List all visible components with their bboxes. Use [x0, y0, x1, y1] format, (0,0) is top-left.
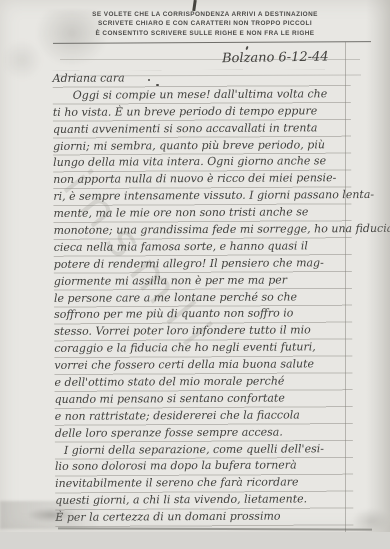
stamp-line-2: SCRIVETE CHIARO E CON CARATTERI NON TROP…: [40, 19, 370, 28]
handwriting-line: delle loro speranze fosse sempre accesa.: [55, 424, 353, 443]
handwriting-line: quando mi pensano si sentano confortate: [55, 390, 353, 409]
stamp-divider-line: [53, 41, 371, 44]
handwriting-line: le persone care a me lontane perché so c…: [54, 289, 352, 308]
handwriting-line: quanti avvenimenti si sono accavallati i…: [53, 120, 351, 139]
stamp-line-1: SE VOLETE CHE LA CORRISPONDENZA ARRIVI A…: [40, 10, 370, 19]
right-margin-rule: [345, 42, 346, 532]
handwriting-line: giormente mi assilla non è per me ma per: [54, 272, 352, 291]
handwriting-line: stesso. Vorrei poter loro infondere tutt…: [54, 322, 352, 341]
handwriting-line: soffrono per me più di quanto non soffro…: [54, 306, 352, 325]
ink-speck: [245, 46, 248, 50]
handwriting-line: ti ho vista. È un breve periodo di tempo…: [53, 103, 351, 122]
handwriting-line: inevitabilmente il sereno che farà ricor…: [55, 474, 353, 493]
handwriting-line: Oggi si compie un mese! dall'ultima volt…: [53, 86, 351, 105]
handwriting-line: I giorni della separazione, come quelli …: [55, 441, 353, 460]
handwriting-line: mente, ma le mie ore non sono tristi anc…: [53, 204, 351, 223]
scan-smudge-top-left-2: [2, 40, 42, 80]
handwriting-line: monotone; una grandissima fede mi sorreg…: [54, 221, 352, 240]
handwriting-line: ri, è sempre intensamente vissuto. I gio…: [53, 187, 351, 206]
censorship-stamp: SE VOLETE CHE LA CORRISPONDENZA ARRIVI A…: [40, 10, 370, 38]
handwriting-line: questi giorni, a chi li sta vivendo, lie…: [55, 491, 353, 510]
ink-speck: [156, 84, 159, 86]
handwriting-line: non apporta nulla di nuovo è ricco dei m…: [53, 170, 351, 189]
stamp-line-3: È CONSENTITO SCRIVERE SULLE RIGHE E NON …: [40, 29, 370, 38]
scanned-letter-page: SE VOLETE CHE LA CORRISPONDENZA ARRIVI A…: [0, 0, 390, 532]
handwriting-line: cieca nella mia famosa sorte, e hanno qu…: [54, 238, 352, 257]
handwriting-line: vorrei che fossero certi della mia buona…: [54, 356, 352, 375]
handwriting-line: giorni; mi sembra, quanto più breve peri…: [53, 137, 351, 156]
handwriting-line: coraggio e la fiducia che ho negli event…: [54, 339, 352, 358]
salutation: Adriana cara: [53, 69, 351, 88]
page-bottom-edge: [58, 527, 372, 530]
letter-body: Adriana cara Oggi si compie un mese! dal…: [53, 69, 354, 529]
ink-speck: [148, 79, 150, 81]
paper-edge-shadow: [366, 0, 390, 532]
handwriting-line: e dell'ottimo stato del mio morale perch…: [54, 373, 352, 392]
handwriting-line: potere di rendermi allegro! Il pensiero …: [54, 255, 352, 274]
handwriting-line: lio sono dolorosi ma dopo la bufera torn…: [55, 458, 353, 477]
handwriting-line: È per la certezza di un domani prossimo: [55, 508, 353, 527]
handwriting-line: e non rattristate; desidererei che la fi…: [55, 407, 353, 426]
handwriting-line: lungo della mia vita intera. Ogni giorno…: [53, 154, 351, 173]
scanner-background: [0, 532, 390, 549]
handwritten-date: Bolzano 6-12-44: [222, 49, 372, 67]
